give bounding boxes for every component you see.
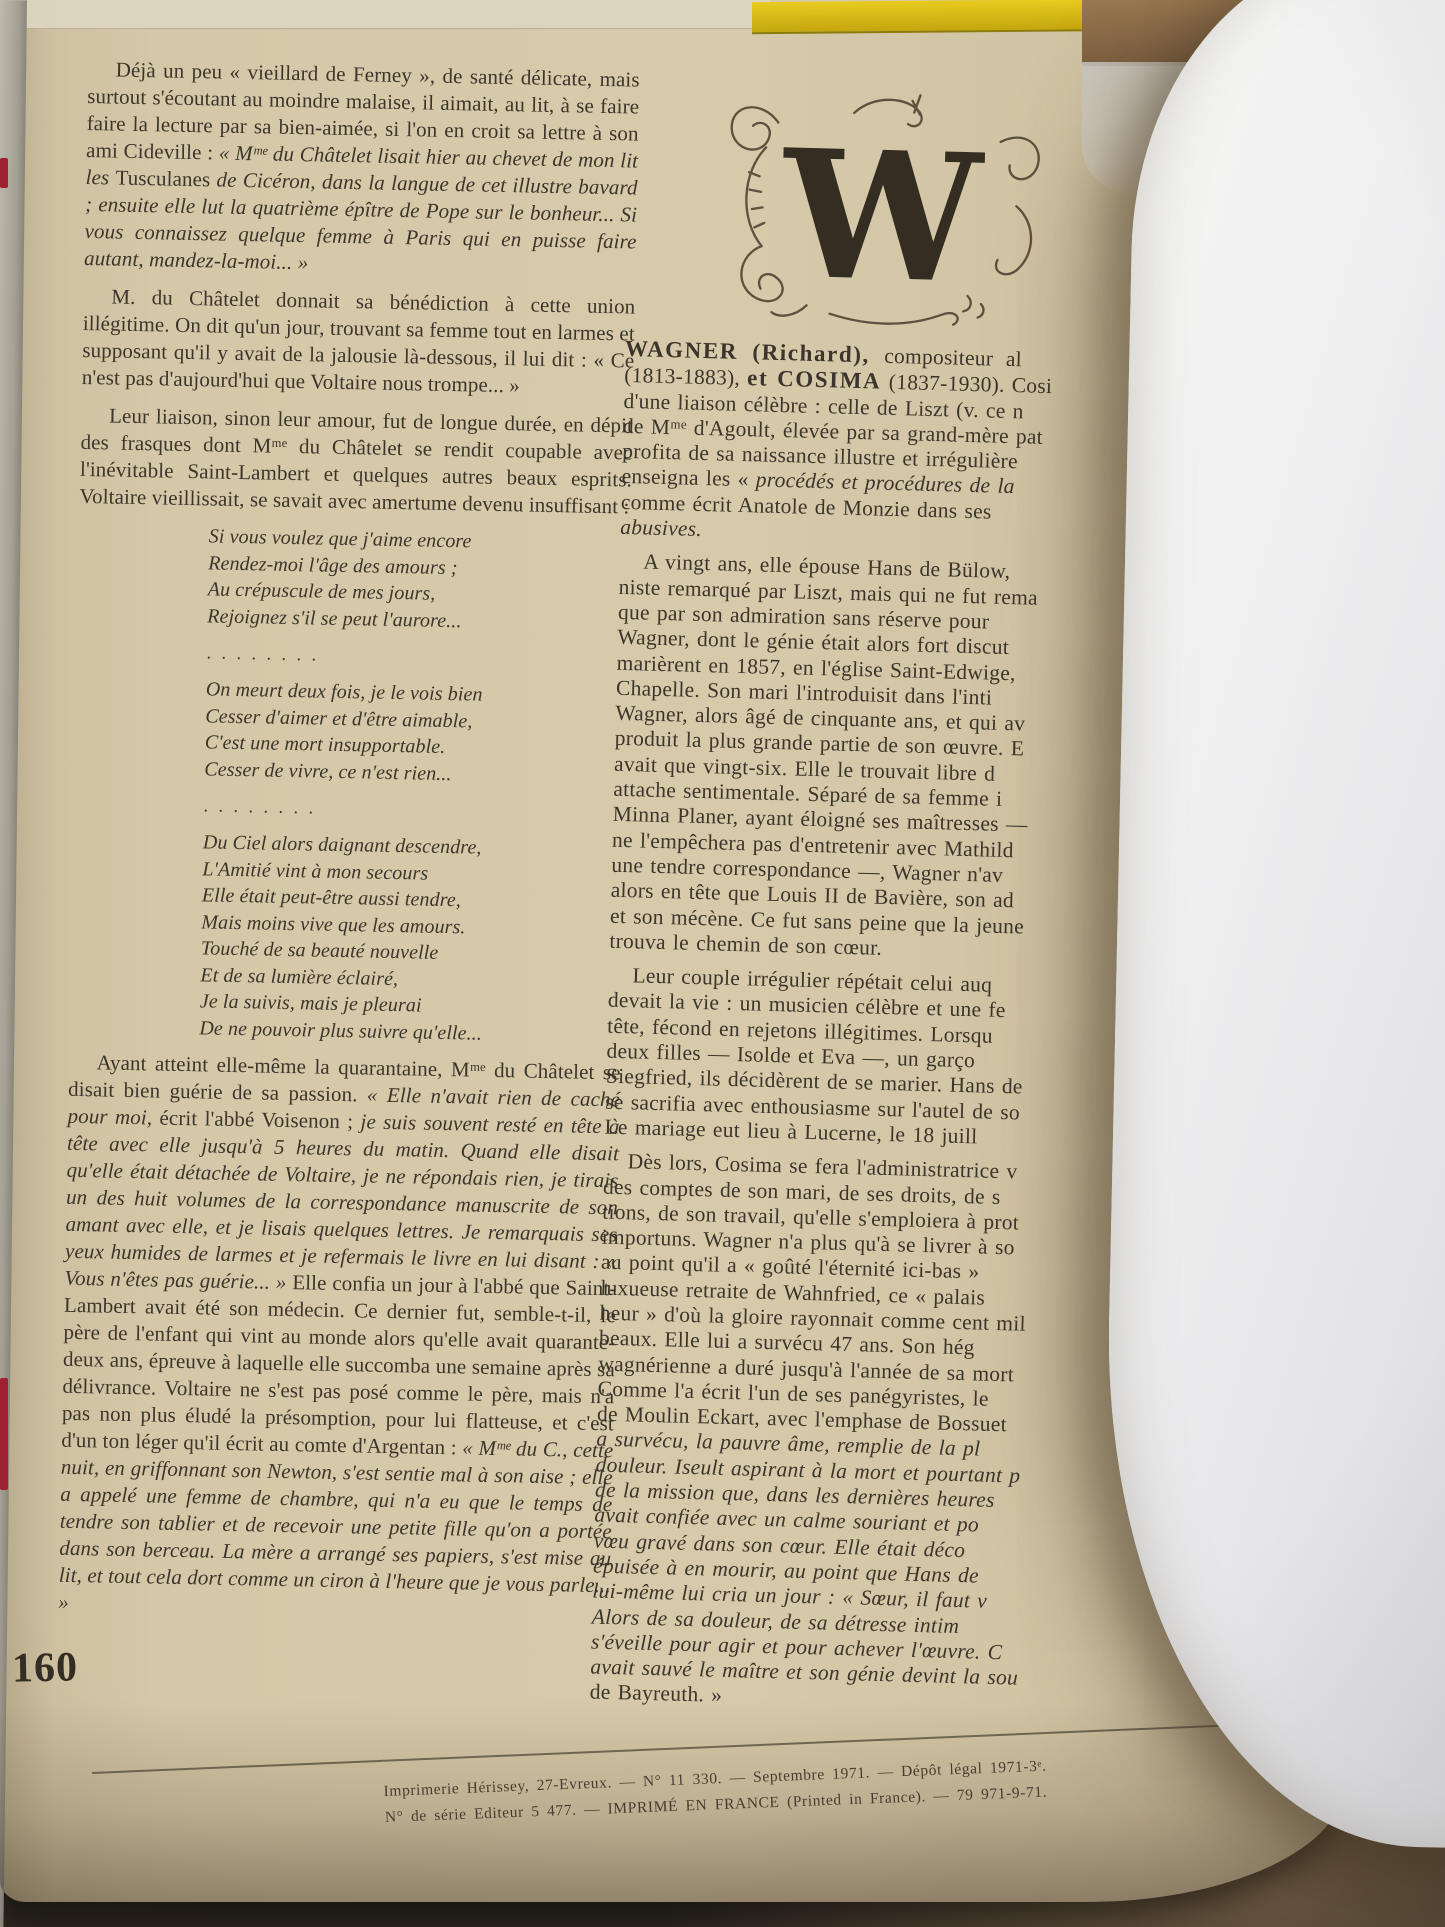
- ornate-w-illustration: W: [712, 82, 1050, 333]
- poem-stanza: Du Ciel alors daignant descendre,L'Amiti…: [199, 829, 625, 1049]
- text-segment: enseigna les «: [621, 464, 756, 492]
- poem-stanza: Si vous voulez que j'aime encoreRendez-m…: [207, 523, 631, 637]
- dropcap-letter: W: [779, 111, 986, 323]
- poem-ellipsis: . . . . . . . .: [203, 792, 625, 827]
- text-segment: compositeur al: [884, 344, 1022, 372]
- poem-ellipsis: . . . . . . . .: [206, 639, 628, 674]
- text-segment: je suis souvent resté en tête à tête ave…: [64, 1109, 619, 1294]
- text-segment: M. du Châtelet donnait sa bénédiction à …: [82, 284, 636, 397]
- text-segment: (1813-1883),: [624, 363, 748, 390]
- text-segment: (1837-1930). Cosi: [889, 370, 1053, 398]
- text-segment: Leur liaison, sinon leur amour, fut de l…: [79, 403, 633, 518]
- text-segment: Tusculanes: [115, 166, 210, 192]
- text-segment: et COSIMA: [747, 365, 889, 394]
- paragraph: Déjà un peu « vieillard de Ferney », de …: [84, 56, 640, 283]
- overlapping-white-page: [1098, 0, 1445, 1849]
- red-book-edge: [0, 158, 8, 188]
- page-behind-edge: [0, 0, 770, 29]
- text-segment: écrit l'abbé Voisenon ;: [159, 1106, 361, 1134]
- left-text-column: Déjà un peu « vieillard de Ferney », de …: [58, 56, 640, 1637]
- page-number: 160: [12, 1643, 79, 1692]
- text-segment: Elle confia un jour à l'abbé que Saint-L…: [61, 1270, 616, 1459]
- paragraph: M. du Châtelet donnait sa bénédiction à …: [82, 283, 636, 402]
- book-photo: { "page_number": "160", "left_column": {…: [0, 0, 1445, 1927]
- text-segment: abusives.: [620, 515, 702, 541]
- text-segment: de Bayreuth. »: [589, 1680, 722, 1707]
- paragraph: Leur liaison, sinon leur amour, fut de l…: [79, 402, 633, 521]
- ornate-initial-w: W: [712, 82, 1050, 333]
- poem-stanza: On meurt deux fois, je le vois bienCesse…: [204, 676, 628, 790]
- text-segment: « Mᵐᵉ du C., cette nuit, en griffonnant …: [58, 1435, 613, 1613]
- red-book-edge: [0, 1378, 8, 1490]
- paragraph: Ayant atteint elle-même la quarantaine, …: [58, 1049, 621, 1626]
